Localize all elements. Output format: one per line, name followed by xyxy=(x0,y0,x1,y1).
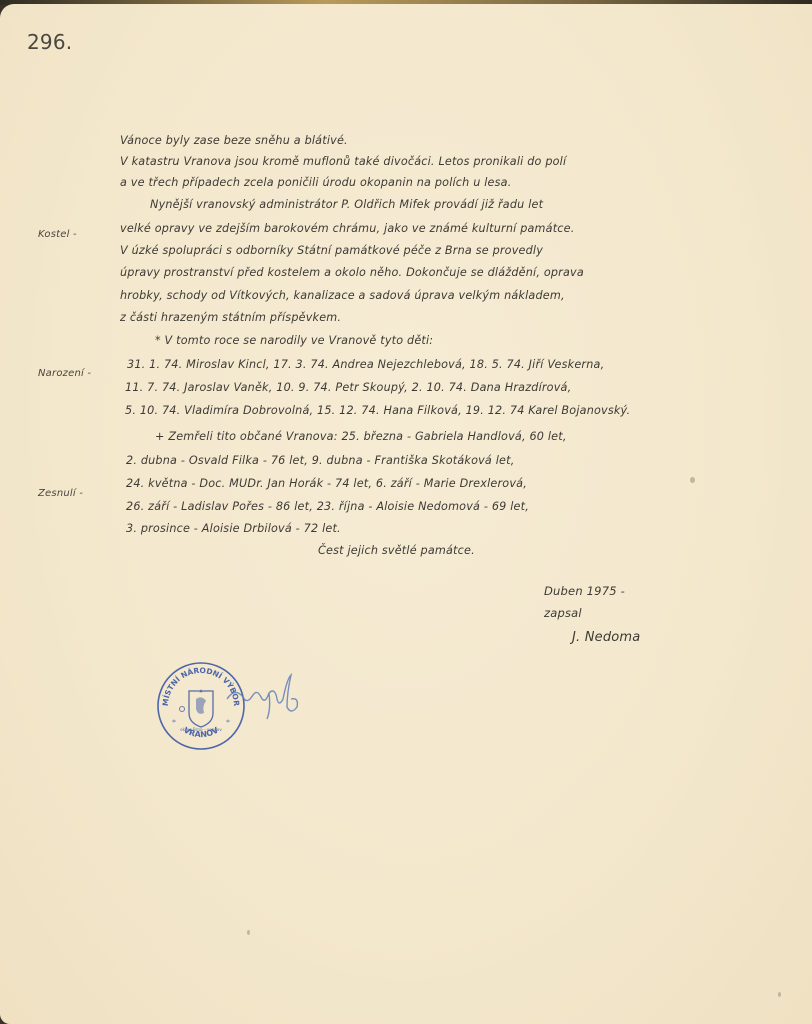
closing-line: Čest jejich světlé památce. xyxy=(318,544,475,557)
chronicle-page: 296. Vánoce byly zase beze sněhu a bláti… xyxy=(0,4,812,1024)
births-line: 11. 7. 74. Jaroslav Vaněk, 10. 9. 74. Pe… xyxy=(125,381,571,394)
births-line: 31. 1. 74. Miroslav Kincl, 17. 3. 74. An… xyxy=(127,358,604,371)
deaths-line: 24. května - Doc. MUDr. Jan Horák - 74 l… xyxy=(126,477,527,490)
text-line: z části hrazeným státním příspěvkem. xyxy=(120,311,341,324)
text-line: V úzké spolupráci s odborníky Státní pam… xyxy=(120,244,543,257)
margin-label-births: Narození - xyxy=(38,368,91,379)
text-line: úpravy prostranství před kostelem a okol… xyxy=(120,266,584,279)
deaths-line: 26. září - Ladislav Pořes - 86 let, 23. … xyxy=(126,500,529,513)
text-line: Vánoce byly zase beze sněhu a blátivé. xyxy=(120,134,348,147)
margin-label-church: Kostel - xyxy=(38,229,77,240)
signature-date: Duben 1975 - xyxy=(544,584,625,598)
svg-text:*: * xyxy=(172,718,176,727)
handwritten-signature-icon xyxy=(225,669,310,724)
text-line: hrobky, schody od Vítkových, kanalizace … xyxy=(120,289,565,302)
deaths-line: 3. prosince - Aloisie Drbilová - 72 let. xyxy=(126,522,341,535)
margin-label-deaths: Zesnulí - xyxy=(38,488,83,499)
page-number: 296. xyxy=(27,30,72,54)
text-line: a ve třech případech zcela poničili úrod… xyxy=(120,176,511,189)
births-intro: * V tomto roce se narodily ve Vranově ty… xyxy=(155,334,433,347)
deaths-line: 2. dubna - Osvald Filka - 76 let, 9. dub… xyxy=(126,454,514,467)
births-line: 5. 10. 74. Vladimíra Dobrovolná, 15. 12.… xyxy=(125,404,630,417)
text-line: velké opravy ve zdejším barokovém chrámu… xyxy=(120,222,574,235)
signature-name: J. Nedoma xyxy=(572,630,640,645)
text-line: V katastru Vranova jsou kromě muflonů ta… xyxy=(120,155,566,168)
paper-speck xyxy=(690,477,695,483)
stamp-middle-text: okres Brno - venkov xyxy=(180,727,222,732)
paper-speck xyxy=(247,930,250,935)
text-line: Nynější vranovský administrátor P. Oldři… xyxy=(150,198,543,211)
paper-speck xyxy=(778,992,781,997)
signature-recorded-by: zapsal xyxy=(544,606,582,620)
deaths-intro: + Zemřeli tito občané Vranova: 25. březn… xyxy=(155,430,567,443)
